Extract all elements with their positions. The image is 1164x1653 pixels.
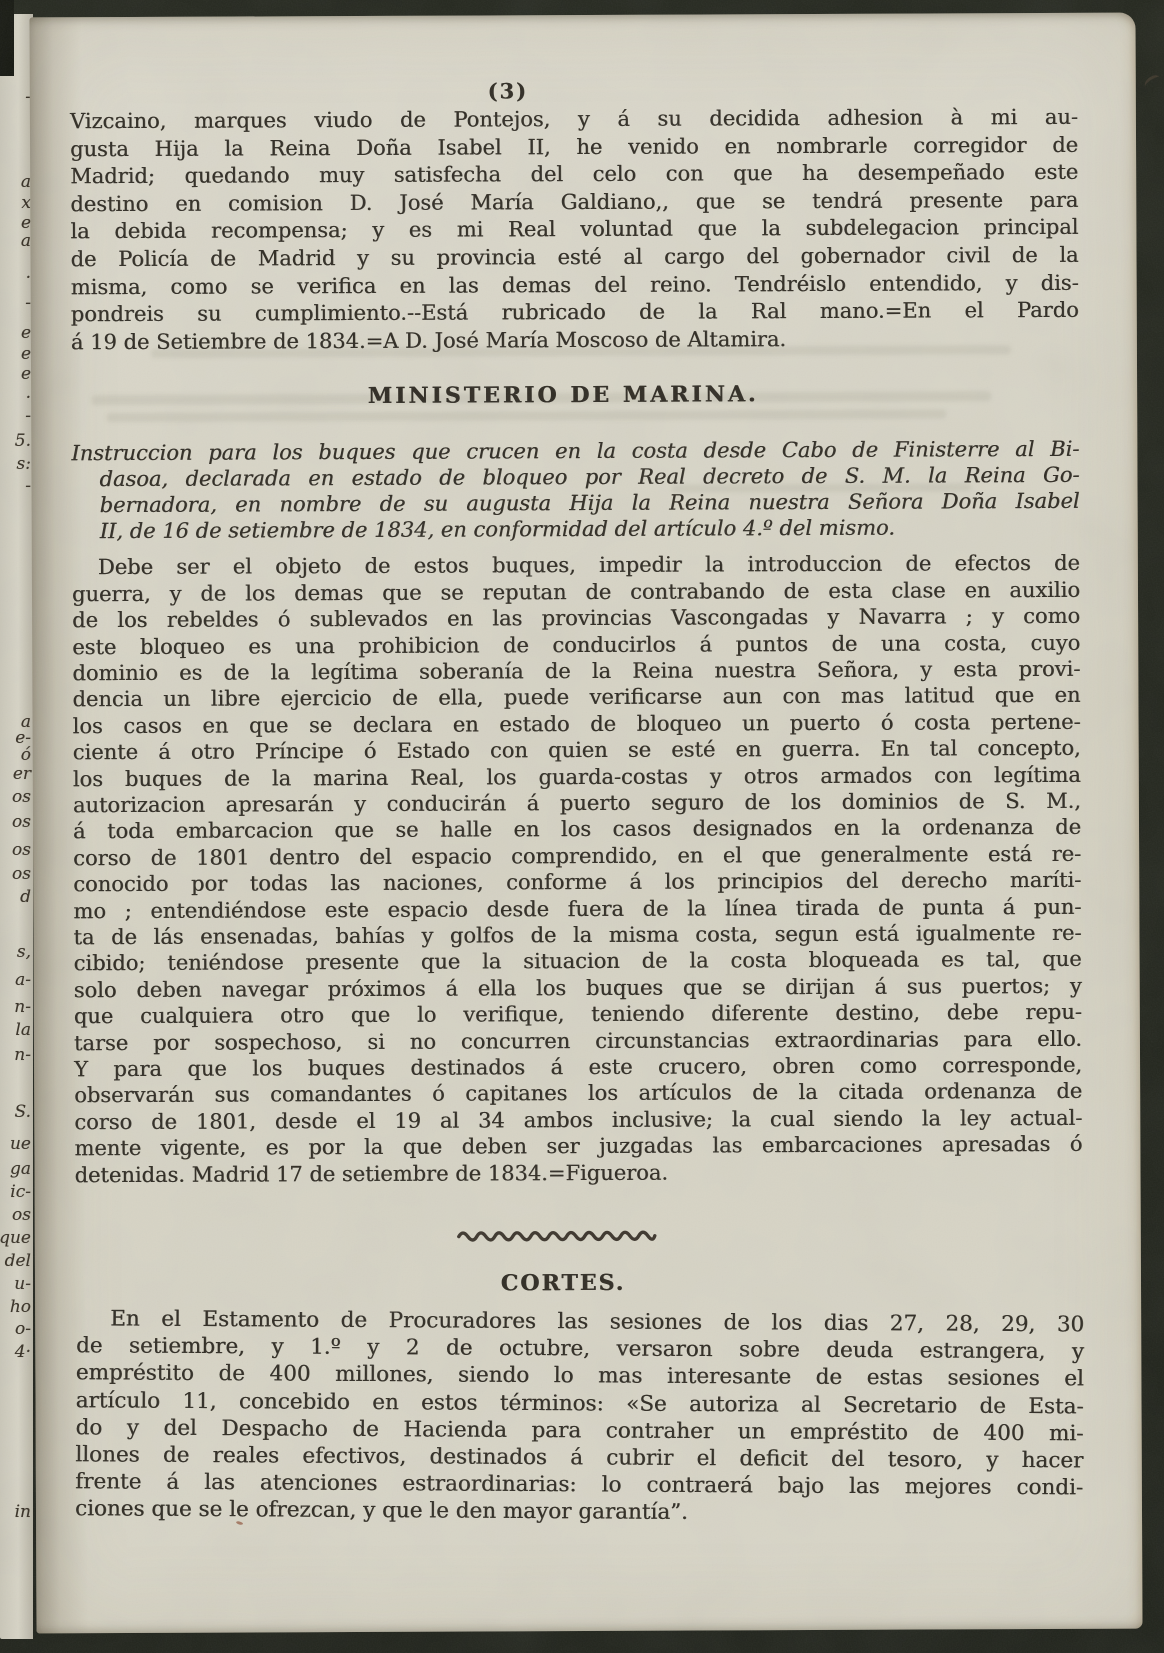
text-line: que cualquiera otro que lo verifique, te… (74, 999, 1082, 1030)
text-line: bernadora, en nombre de su augusta Hija … (72, 488, 1080, 518)
gutter-fragment: la (15, 1022, 31, 1039)
gutter-fragment: er (13, 766, 31, 783)
page: (3) Vizcaino, marques viudo de Pontejos,… (29, 13, 1142, 1634)
gutter-fragment: a- (15, 972, 31, 989)
text-line: ciente á otro Príncipe ó Estado con quie… (73, 735, 1081, 766)
text-line: de Policía de Madrid y su provincia esté… (70, 242, 1078, 274)
text-line: II, de 16 de setiembre de 1834, en confo… (72, 514, 1080, 544)
gutter-fragment: que (0, 1230, 31, 1247)
cortes-paragraph: En el Estamento de Procuradores las sesi… (75, 1305, 1084, 1529)
gutter-fragment: ho (10, 1299, 31, 1316)
text-line: dencia un libre ejercicio de ella, puede… (72, 682, 1080, 713)
gutter-fragment: del (5, 1253, 31, 1270)
gutter-fragment: u- (14, 1276, 31, 1293)
gutter-fragment: o- (15, 1321, 31, 1338)
gutter-fragment: - (25, 408, 31, 425)
text-line: á 19 de Setiembre de 1834.=A D. José Mar… (71, 325, 1079, 357)
gutter-fragment: e (21, 325, 31, 342)
text-line: Madrid; quedando muy satisfecha del celo… (70, 159, 1078, 191)
gutter-fragment: os (12, 814, 31, 831)
cortes-heading: CORTES. (59, 1269, 1067, 1298)
text-line: detenidas. Madrid 17 de setiembre de 183… (74, 1158, 1082, 1189)
gutter-fragment: os (12, 866, 31, 883)
page-content: (3) Vizcaino, marques viudo de Pontejos,… (30, 76, 1142, 1524)
gutter-fragment: n- (14, 1047, 31, 1064)
gutter-fragment: s: (17, 456, 31, 473)
text-line: destino en comision D. José María Galdia… (70, 187, 1078, 219)
gutter-fragment: - (25, 478, 31, 495)
gutter-fragment: ic- (10, 1184, 31, 1201)
gutter-fragment: os (12, 1207, 31, 1224)
gutter-fragment: ue (10, 1136, 31, 1153)
gutter-fragment: 4· (15, 1344, 31, 1361)
gutter-fragments: -axea.-eee.-5.s:-ae-óerososososds,a-n-la… (0, 14, 33, 1639)
gutter-fragment: S. (15, 1104, 31, 1121)
previous-page-edge: -axea.-eee.-5.s:-ae-óerososososds,a-n-la… (0, 14, 33, 1639)
gutter-fragment: d (20, 889, 31, 906)
text-line: cibido; teniéndose presente que la situa… (74, 946, 1082, 977)
text-line: Vizcaino, marques viudo de Pontejos, y á… (70, 104, 1078, 136)
text-line: ciones que se le ofrezcan, y que le den … (75, 1496, 1083, 1529)
gutter-fragment: e (21, 346, 31, 363)
gutter-fragment: 5. (15, 433, 31, 450)
text-line: mente vigente, es por la que deben ser j… (74, 1131, 1082, 1162)
gutter-fragment: s, (17, 944, 31, 961)
gutter-fragment: ó (21, 747, 31, 764)
binding-corner-shadow (0, 0, 14, 76)
text-line: á toda embarcacion que se halle en los c… (73, 814, 1081, 845)
ink-smudge-mark (1142, 73, 1162, 91)
royal-decree-paragraph: Vizcaino, marques viudo de Pontejos, y á… (70, 104, 1079, 357)
ministerio-heading: MINISTERIO DE MARINA. (59, 380, 1067, 410)
gutter-fragment: ga (10, 1161, 31, 1178)
text-line: la debida recompensa; y es mi Real volun… (70, 214, 1078, 246)
gutter-fragment: os (12, 789, 31, 806)
gutter-fragment: os (12, 842, 31, 859)
text-line: de los rebeldes ó sublevados en las prov… (72, 603, 1080, 634)
gutter-fragment: in (15, 1504, 31, 1521)
gutter-fragment: e (21, 366, 31, 383)
page-number: (3) (4, 76, 1012, 104)
gutter-fragment: n- (14, 999, 31, 1016)
text-line: Debe ser el objeto de estos buques, impe… (72, 550, 1080, 581)
text-line: gusta Hija la Reina Doña Isabel II, he v… (70, 131, 1078, 163)
squiggle-divider (53, 1225, 1061, 1243)
text-line: conocido por todas las naciones, conform… (73, 867, 1081, 898)
text-line: pondreis su cumplimiento.--Está rubricad… (71, 297, 1079, 329)
instruction-paragraph: Instruccion para los buques que crucen e… (71, 436, 1079, 544)
photo-background: -axea.-eee.-5.s:-ae-óerososososds,a-n-la… (0, 0, 1164, 1653)
instruction-body-paragraph: Debe ser el objeto de estos buques, impe… (72, 550, 1083, 1188)
text-line: misma, como se verifica en las demas del… (71, 269, 1079, 301)
